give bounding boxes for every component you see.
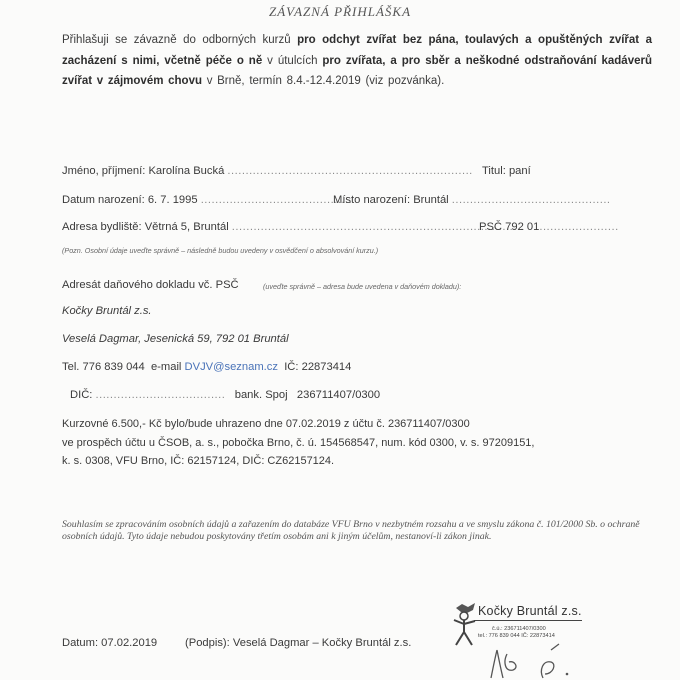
stamp-divider <box>474 620 582 621</box>
psc-label: PSČ <box>479 221 502 233</box>
personal-data-note: (Pozn. Osobní údaje uveďte správně – nás… <box>62 246 378 255</box>
email-label: e-mail <box>151 361 181 373</box>
birth-place-label: Místo narození: <box>333 194 410 206</box>
psc-value: 792 01 <box>505 221 539 233</box>
cat-figure-icon <box>448 600 482 648</box>
title-value: paní <box>509 165 531 177</box>
title-label: Titul: <box>482 165 506 177</box>
name-value: Karolína Bucká <box>148 165 224 177</box>
footer-date: Datum: 07.02.2019 <box>62 637 157 649</box>
payment-line: k. s. 0308, VFU Brno, IČ: 62157124, DIČ:… <box>62 452 534 471</box>
psc-field: PSČ 792 01...................... <box>479 221 619 233</box>
intro-text: Přihlašuji se závazně do odborných kurzů <box>62 34 297 46</box>
page-title: ZÁVAZNÁ PŘIHLÁŠKA <box>0 4 680 20</box>
tax-recipient-label: Adresát daňového dokladu vč. PSČ <box>62 279 239 291</box>
title-field: Titul: paní <box>482 165 531 177</box>
payment-line: ve prospěch účtu u ČSOB, a. s., pobočka … <box>62 434 534 453</box>
birth-date-value: 6. 7. 1995 <box>148 194 198 206</box>
tax-org-name: Kočky Bruntál z.s. <box>62 305 152 317</box>
email-link[interactable]: DVJV@seznam.cz <box>185 361 278 373</box>
address-value: Větrná 5, Bruntál <box>145 221 229 233</box>
birth-place-value: Bruntál <box>413 194 448 206</box>
stamp-contact: tel.: 776 839 044 IČ: 22873414 <box>478 633 555 639</box>
tax-recipient-note: (uveďte správně – adresa bude uvedena v … <box>263 282 461 291</box>
dotted-leader: .................................... <box>95 389 225 401</box>
dotted-leader: ........................................… <box>201 194 353 206</box>
name-label: Jméno, příjmení: <box>62 165 145 177</box>
birth-date-label: Datum narození: <box>62 194 145 206</box>
payment-block: Kurzovné 6.500,- Kč bylo/bude uhrazeno d… <box>62 415 534 471</box>
phone-number: Tel. 776 839 044 <box>62 361 145 373</box>
handwritten-signature-icon <box>485 640 585 680</box>
name-row: Jméno, příjmení: Karolína Bucká ........… <box>62 165 473 177</box>
dotted-leader: ........................................… <box>227 165 472 177</box>
dotted-leader: ...................... <box>539 221 618 233</box>
dic-bank-row: DIČ: ...................................… <box>70 389 380 401</box>
footer-signature-label: (Podpis): Veselá Dagmar – Kočky Bruntál … <box>185 637 411 649</box>
dic-label: DIČ: <box>70 389 92 401</box>
ic-number: IČ: 22873414 <box>284 361 351 373</box>
birth-date-field: Datum narození: 6. 7. 1995 .............… <box>62 194 352 206</box>
dotted-leader: ........................................… <box>452 194 611 206</box>
birth-place-field: Místo narození: Bruntál ................… <box>333 194 611 206</box>
consent-text: Souhlasím se zpracováním osobních údajů … <box>62 519 652 542</box>
intro-paragraph: Přihlašuji se závazně do odborných kurzů… <box>62 30 652 92</box>
stamp-account: č.ú.: 236711407/0300 <box>492 626 546 632</box>
payment-line: Kurzovné 6.500,- Kč bylo/bude uhrazeno d… <box>62 415 534 434</box>
bank-account: 236711407/0300 <box>297 389 380 401</box>
intro-text: v útulcích <box>262 55 322 67</box>
tax-address: Veselá Dagmar, Jesenická 59, 792 01 Brun… <box>62 333 289 345</box>
address-label: Adresa bydliště: <box>62 221 142 233</box>
address-field: Adresa bydliště: Větrná 5, Bruntál .....… <box>62 221 524 233</box>
bank-label: bank. Spoj <box>235 389 288 401</box>
intro-text: v Brně, termín 8.4.-12.4.2019 (viz pozvá… <box>202 75 444 87</box>
contact-row: Tel. 776 839 044 e-mail DVJV@seznam.cz I… <box>62 361 351 373</box>
stamp-org-name: Kočky Bruntál z.s. <box>478 604 582 618</box>
